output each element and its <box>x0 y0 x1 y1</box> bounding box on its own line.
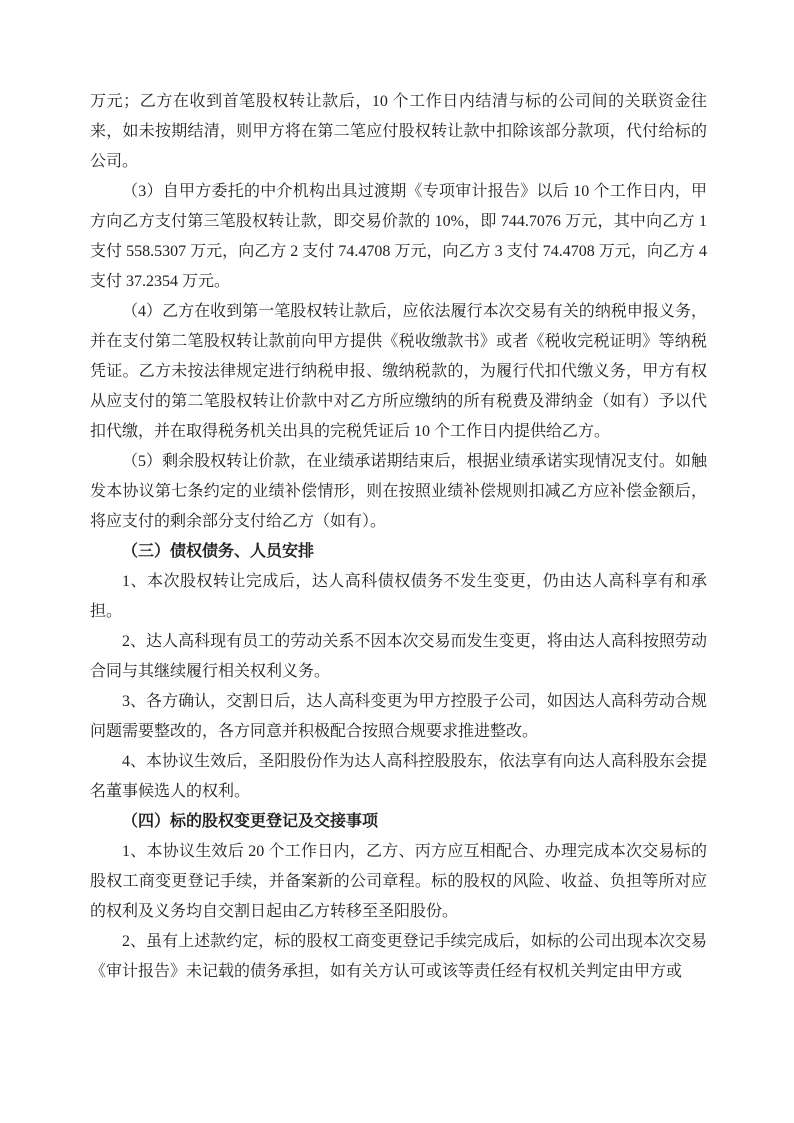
clause-payment-5: （5）剩余股权转让价款，在业绩承诺期结束后，根据业绩承诺实现情况支付。如触发本协… <box>90 447 707 537</box>
clause-debt-2: 2、达人高科现有员工的劳动关系不因本次交易而发生变更，将由达人高科按照劳动合同与… <box>90 627 707 687</box>
clause-debt-1: 1、本次股权转让完成后，达人高科债权债务不发生变更，仍由达人高科享有和承担。 <box>90 567 707 627</box>
clause-debt-4: 4、本协议生效后，圣阳股份作为达人高科控股股东，依法享有向达人高科股东会提名董事… <box>90 747 707 807</box>
paragraph-payment-continuation: 万元；乙方在收到首笔股权转让款后，10 个工作日内结清与标的公司间的关联资金往来… <box>90 87 707 177</box>
clause-registration-2: 2、虽有上述款约定，标的股权工商变更登记手续完成后，如标的公司出现本次交易《审计… <box>90 927 707 987</box>
clause-payment-4: （4）乙方在收到第一笔股权转让款后，应依法履行本次交易有关的纳税申报义务，并在支… <box>90 297 707 447</box>
section-heading-equity-registration: （四）标的股权变更登记及交接事项 <box>90 807 707 837</box>
clause-registration-1: 1、本协议生效后 20 个工作日内，乙方、丙方应互相配合、办理完成本次交易标的股… <box>90 837 707 927</box>
clause-payment-3: （3）自甲方委托的中介机构出具过渡期《专项审计报告》以后 10 个工作日内，甲方… <box>90 177 707 297</box>
document-page: 万元；乙方在收到首笔股权转让款后，10 个工作日内结清与标的公司间的关联资金往来… <box>0 0 794 1123</box>
section-heading-debt-personnel: （三）债权债务、人员安排 <box>90 537 707 567</box>
clause-debt-3: 3、各方确认，交割日后，达人高科变更为甲方控股子公司，如因达人高科劳动合规问题需… <box>90 687 707 747</box>
document-body: 万元；乙方在收到首笔股权转让款后，10 个工作日内结清与标的公司间的关联资金往来… <box>90 87 707 987</box>
